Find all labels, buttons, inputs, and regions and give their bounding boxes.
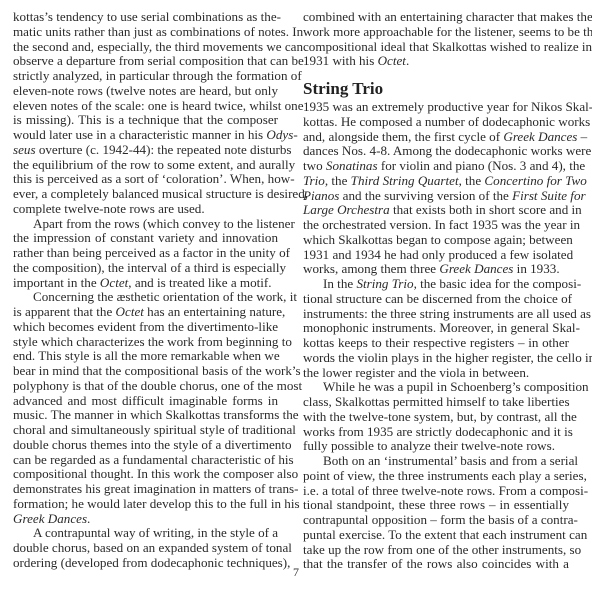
text-line: seus overture (c. 1942-44): the repeated… [13, 143, 278, 158]
paragraph: Concerning the æsthetic orientation of t… [13, 290, 278, 526]
text-line: kottas keeps to their respective registe… [303, 336, 569, 351]
text-line: double chorus themes into the style of a… [13, 438, 278, 453]
text-line: compositional ideal that Skalkottas wish… [303, 40, 569, 55]
text-line: observe a departure from serial composit… [13, 54, 278, 69]
text-line: the lower register and the viola in betw… [303, 366, 569, 381]
paragraph: combined with an entertaining character … [303, 10, 569, 69]
text-line: this is perceived as a sort of ‘colorati… [13, 172, 278, 187]
text-line: bear in mind that the compositional basi… [13, 364, 278, 379]
text-line: is apparent that the Octet has an entert… [13, 305, 278, 320]
text-line: kottas. He composed a number of dodecaph… [303, 115, 569, 130]
text-line: and, alongside them, the first cycle of … [303, 130, 569, 145]
paragraph: While he was a pupil in Schoenberg’s com… [303, 380, 569, 454]
text-line: monophonic instruments. Moreover, in gen… [303, 321, 569, 336]
text-line: instruments: the three string instrument… [303, 307, 569, 322]
text-line: the impression of constant variety and i… [13, 231, 278, 246]
text-line: the second and, especially, the third mo… [13, 40, 278, 55]
text-line: take up the row from one of the other in… [303, 543, 569, 558]
text-line: A contrapuntal way of writing, in the st… [13, 526, 278, 541]
text-line: combined with an entertaining character … [303, 10, 569, 25]
text-line: point of view, the three instruments eac… [303, 469, 569, 484]
text-line: would later use in a characteristic mann… [13, 128, 278, 143]
text-line: Greek Dances. [13, 512, 278, 527]
right-column: combined with an entertaining character … [303, 10, 569, 572]
text-line: In the String Trio, the basic idea for t… [303, 277, 569, 292]
text-line: is missing). This is a technique that th… [13, 113, 278, 128]
text-line: end. This style is all the more remarkab… [13, 349, 278, 364]
page-number: 7 [0, 565, 592, 580]
text-line: which Skalkottas began to compose again;… [303, 233, 569, 248]
text-line: tional structure can be discerned from t… [303, 292, 569, 307]
text-line: work more approachable for the listener,… [303, 25, 569, 40]
text-line: two Sonatinas for violin and piano (Nos.… [303, 159, 569, 174]
paragraph: Both on an ‘instrumental’ basis and from… [303, 454, 569, 572]
section-body: 1935 was an extremely productive year fo… [303, 100, 569, 572]
paragraph: In the String Trio, the basic idea for t… [303, 277, 569, 380]
text-line: choral and simultaneously spiritual styl… [13, 423, 278, 438]
text-line: contrapuntal opposition – form the basis… [303, 513, 569, 528]
paragraph: A contrapuntal way of writing, in the st… [13, 526, 278, 570]
text-line: polyphony is that of the double chorus, … [13, 379, 278, 394]
paragraph: Apart from the rows (which convey to the… [13, 217, 278, 291]
text-line: Trio, the Third String Quartet, the Conc… [303, 174, 569, 189]
text-line: the equilibrium of the row to some exten… [13, 158, 278, 173]
text-line: class, Skalkottas permitted himself to t… [303, 395, 569, 410]
text-line: dances Nos. 4-8. Among the dodecaphonic … [303, 144, 569, 159]
text-line: works from 1935 are strictly dodecaphoni… [303, 425, 569, 440]
text-line: Apart from the rows (which convey to the… [13, 217, 278, 232]
text-line: Concerning the æsthetic orientation of t… [13, 290, 278, 305]
text-line: Pianos and the surviving version of the … [303, 189, 569, 204]
text-line: rather than being perceived as a factor … [13, 246, 278, 261]
text-line: While he was a pupil in Schoenberg’s com… [303, 380, 569, 395]
text-line: formation; he would later develop this t… [13, 497, 278, 512]
text-line: style which characterizes the work from … [13, 335, 278, 350]
text-line: can be regarded as a fundamental charact… [13, 453, 278, 468]
text-line: kottas’s tendency to use serial combinat… [13, 10, 278, 25]
text-line: 1935 was an extremely productive year fo… [303, 100, 569, 115]
text-line: ever, a completely balanced musical stru… [13, 187, 278, 202]
text-line: works, among them three Greek Dances in … [303, 262, 569, 277]
text-line: the orchestrated version. In fact 1935 w… [303, 218, 569, 233]
text-line: 1931 and 1934 he had only produced a few… [303, 248, 569, 263]
text-line: fully possible to analyze their twelve-n… [303, 439, 569, 454]
text-line: compositional thought. In this work the … [13, 467, 278, 482]
paragraph: kottas’s tendency to use serial combinat… [13, 10, 278, 217]
paragraph: 1935 was an extremely productive year fo… [303, 100, 569, 277]
text-line: music. The manner in which Skalkottas tr… [13, 408, 278, 423]
text-line: eleven notes of the scale: one is heard … [13, 99, 278, 114]
text-line: strictly analyzed, in particular through… [13, 69, 278, 84]
text-line: words the violin plays in the higher reg… [303, 351, 569, 366]
text-line: complete twelve-note rows are used. [13, 202, 278, 217]
section-heading: String Trio [303, 79, 569, 99]
left-column: kottas’s tendency to use serial combinat… [13, 10, 278, 571]
text-line: tional standpoint, these three rows – in… [303, 498, 569, 513]
text-line: the composition), the interval of a thir… [13, 261, 278, 276]
text-line: Large Orchestra that exists both in shor… [303, 203, 569, 218]
text-line: i.e. a total of three twelve-note rows. … [303, 484, 569, 499]
text-line: demonstrates his great imagination in ma… [13, 482, 278, 497]
text-line: which becomes evident from the divertime… [13, 320, 278, 335]
text-line: double chorus, based on an expanded syst… [13, 541, 278, 556]
text-line: eleven-note rows (twelve notes are heard… [13, 84, 278, 99]
text-line: important in the Octet, and is treated l… [13, 276, 278, 291]
text-line: advanced and most difficult imaginable f… [13, 394, 278, 409]
text-line: puntal exercise. To the extent that each… [303, 528, 569, 543]
text-line: matic units rather than just as combinat… [13, 25, 278, 40]
text-line: with the twelve-tone system, but, by con… [303, 410, 569, 425]
text-line: Both on an ‘instrumental’ basis and from… [303, 454, 569, 469]
text-line: 1931 with his Octet. [303, 54, 569, 69]
intro-paragraph: combined with an entertaining character … [303, 10, 569, 69]
